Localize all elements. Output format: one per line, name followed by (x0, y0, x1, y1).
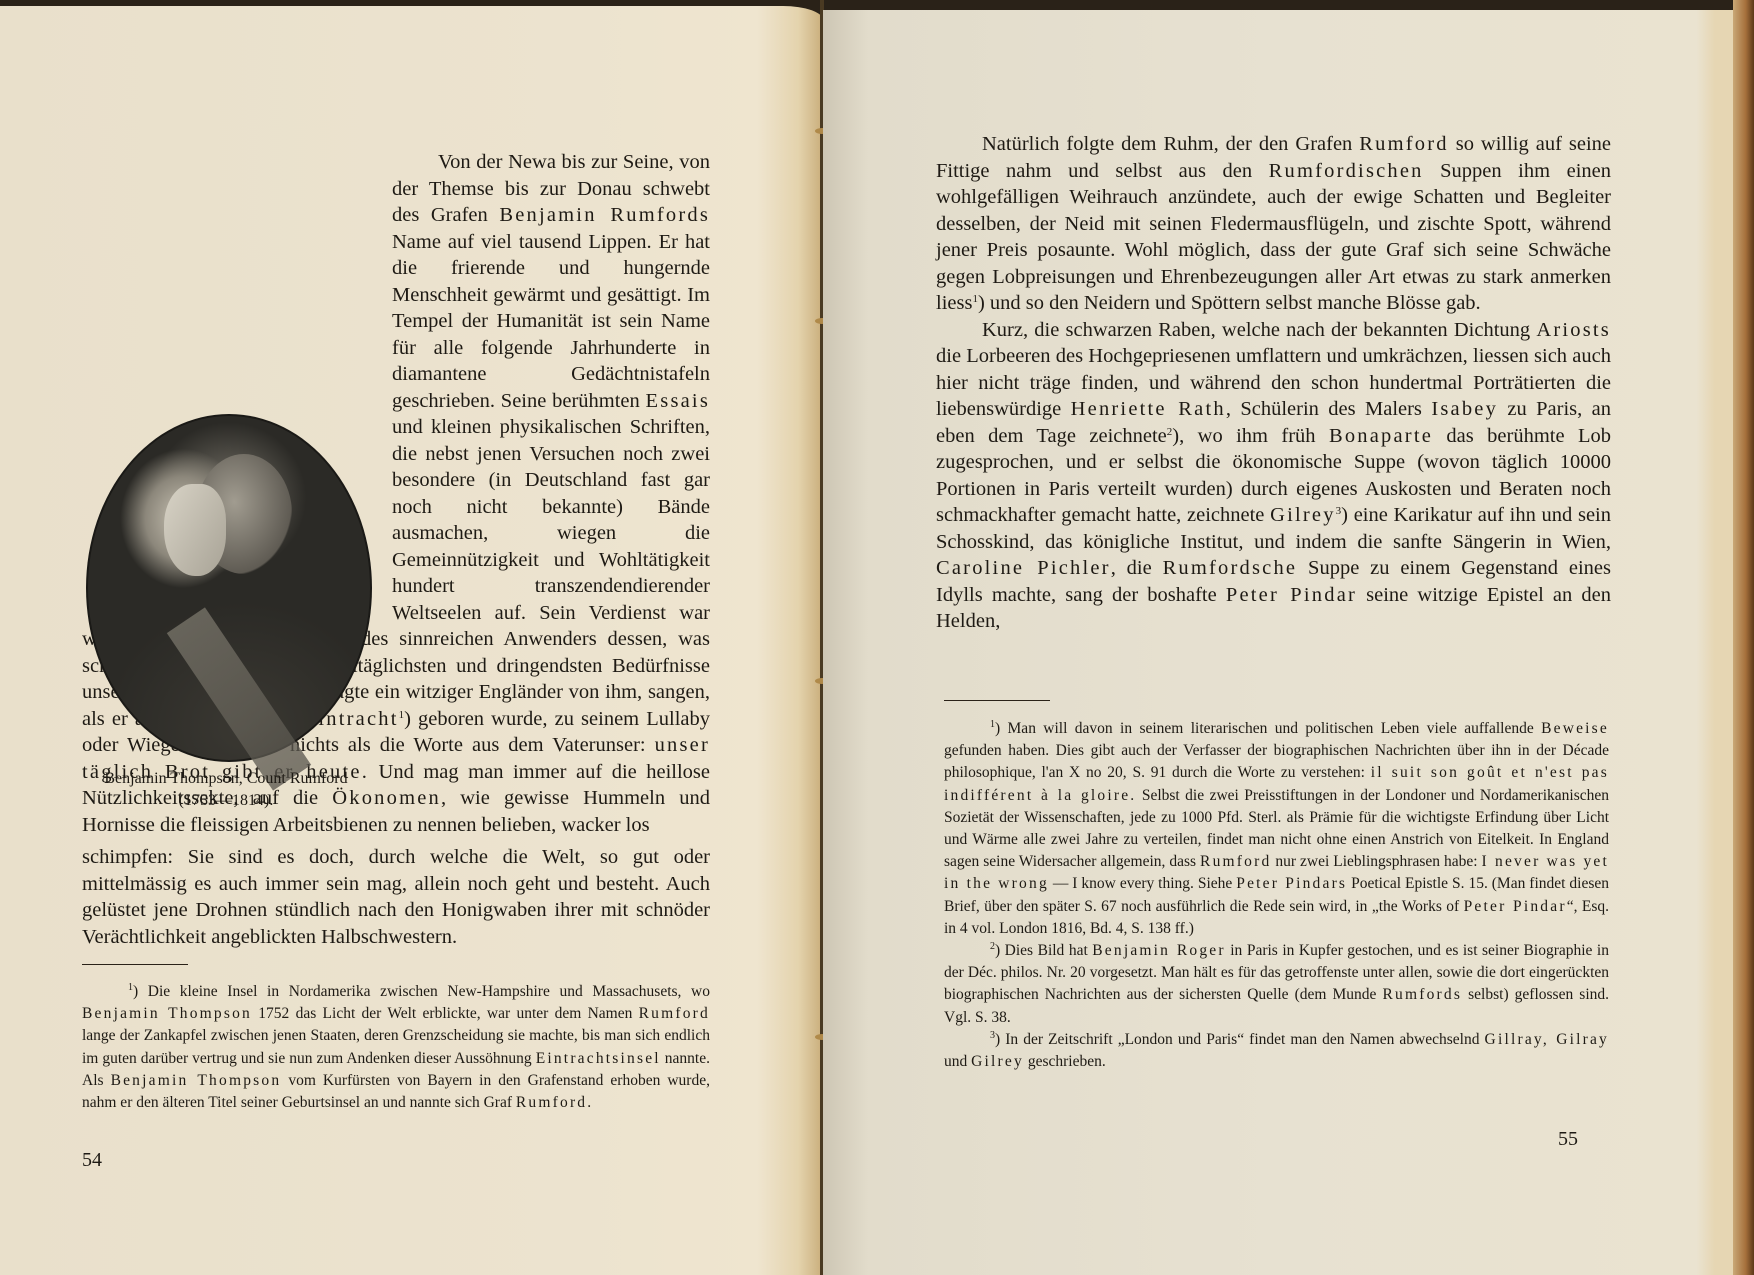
left-page: Von der Newa bis zur Seine, von der Them… (0, 6, 823, 1275)
page-number-left: 54 (82, 1149, 102, 1172)
person-name: Benjamin Rumfords (499, 204, 710, 226)
footnote-divider (82, 964, 188, 965)
book-page-edge (1733, 0, 1754, 1275)
figure-caption: Benjamin Thompson, Count Rumford (1753—1… (74, 768, 378, 812)
footnote-1: 1) Man will davon in seinem literarische… (944, 718, 1609, 940)
footnote-1-left: 1) Die kleine Insel in Nordamerika zwisc… (82, 981, 710, 1114)
right-page: Natürlich folgte dem Ruhm, der den Grafe… (823, 10, 1733, 1275)
footnote-3: 3) In der Zeitschrift „London und Paris“… (944, 1029, 1609, 1073)
page-number-right: 55 (1558, 1128, 1578, 1151)
left-paragraph-tail: schimpfen: Sie sind es doch, durch welch… (82, 844, 710, 950)
footnote-divider (944, 700, 1050, 701)
right-paragraph-1: Natürlich folgte dem Ruhm, der den Grafe… (936, 131, 1611, 635)
portrait-engraving (86, 414, 372, 762)
right-footnotes: 1) Man will davon in seinem literarische… (944, 718, 1609, 1073)
footnote-2: 2) Dies Bild hat Benjamin Roger in Paris… (944, 940, 1609, 1029)
portrait-face (164, 484, 226, 576)
